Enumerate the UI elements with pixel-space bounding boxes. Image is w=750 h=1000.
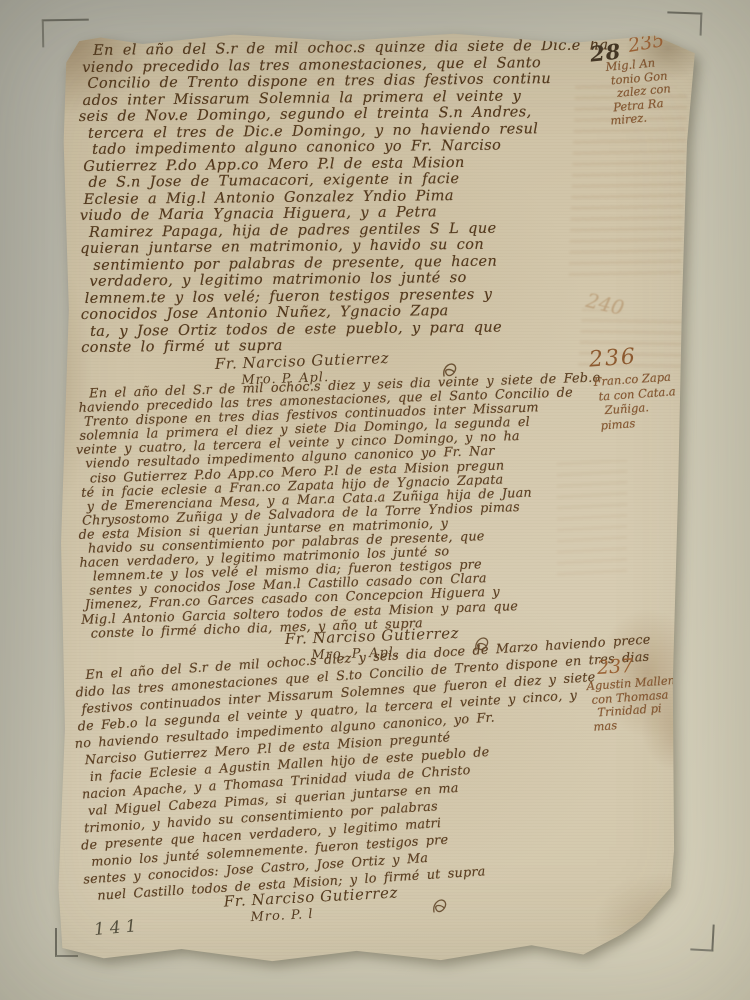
bleedthrough-folio-number: 240 — [584, 288, 627, 320]
paper-surface: 240 En el año del S.r de mil ochoc.s qui… — [52, 30, 700, 962]
photo-background-board: 240 En el año del S.r de mil ochoc.s qui… — [0, 0, 750, 1000]
paraph-flourish-icon — [430, 896, 450, 918]
marriage-record-entry-2: En el año del S.r de mil ochoc.s diez y … — [74, 370, 642, 641]
margin-note-entry-1: Mig.l Antonio Gonzalez conPetra Ramirez. — [605, 55, 674, 128]
marriage-record-entry-3: En el año del S.r de mil ochoc.s diez y … — [70, 632, 659, 906]
margin-note-entry-2: Fran.co Zapata con Cata.aZuñiga.pimas — [593, 369, 678, 433]
margin-note-entry-3: Agustin Mallencon ThomasaTrinidad pimas — [586, 674, 678, 734]
bottom-page-number: 141 — [93, 916, 142, 940]
folio-number-236: 236 — [588, 344, 638, 372]
manuscript-page: 240 En el año del S.r de mil ochoc.s qui… — [52, 30, 700, 962]
folio-number-235: 235 — [626, 29, 666, 57]
marriage-record-entry-1: En el año del S.r de mil ochoc.s quinze … — [78, 38, 586, 357]
